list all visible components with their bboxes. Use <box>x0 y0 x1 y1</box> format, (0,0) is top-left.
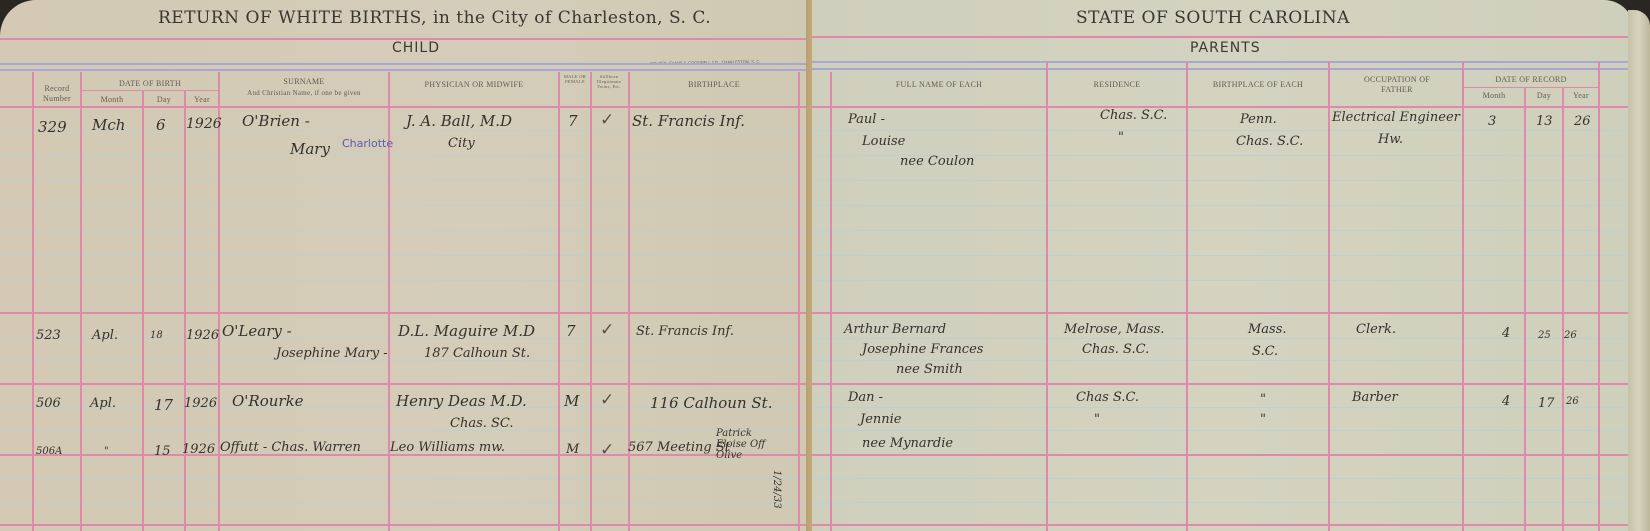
birth-year: 1926 <box>182 442 215 457</box>
birth-day: 15 <box>154 444 171 459</box>
sex: M <box>566 442 579 457</box>
rule <box>0 63 812 65</box>
birth-month: Apl. <box>92 328 118 343</box>
physician-line2: Chas. SC. <box>450 416 514 431</box>
record-number: 506A <box>36 446 62 457</box>
col-date-of-birth: DATE OF BIRTH <box>82 79 218 89</box>
record-day: 13 <box>1536 114 1553 129</box>
residence-father: Chas. S.C. <box>1100 108 1167 123</box>
residence-mother: " <box>1094 412 1100 427</box>
surname: O'Brien - <box>242 112 310 130</box>
rule <box>0 38 812 40</box>
col-birthplace-each: BIRTHPLACE OF EACH <box>1188 80 1328 90</box>
birth-day: 17 <box>154 396 173 414</box>
rule <box>0 383 812 385</box>
record-year: 26 <box>1564 330 1577 341</box>
col-occupation: OCCUPATION OF FATHER <box>1352 75 1442 95</box>
col-date-of-record: DATE OF RECORD <box>1464 75 1598 85</box>
occupation: Clerk. <box>1356 322 1396 337</box>
rule <box>0 312 812 314</box>
birthplace-father: " <box>1260 392 1266 407</box>
record-day: 25 <box>1538 330 1551 341</box>
birthplace-father: Mass. <box>1248 322 1287 337</box>
col-full-name: FULL NAME OF EACH <box>832 80 1046 90</box>
birth-year: 1926 <box>186 116 222 132</box>
rule <box>0 69 812 71</box>
physician: Leo Williams mw. <box>390 440 505 455</box>
occupation: Electrical Engineer <box>1332 110 1460 125</box>
birthplace-mother: Chas. S.C. <box>1236 134 1303 149</box>
col-record-month: Month <box>1464 91 1524 101</box>
record-year: 26 <box>1574 114 1591 129</box>
record-number: 523 <box>36 328 61 343</box>
physician: D.L. Maguire M.D <box>398 322 535 340</box>
col-sex: MALE OR FEMALE <box>561 74 589 84</box>
given-name: Josephine Mary - <box>276 346 388 361</box>
birthplace-mother: " <box>1260 412 1266 427</box>
birth-day: 18 <box>150 330 163 341</box>
col-month: Month <box>82 95 142 105</box>
col-residence: RESIDENCE <box>1048 80 1186 90</box>
birthplace: St. Francis Inf. <box>632 112 745 130</box>
physician-line2: 187 Calhoun St. <box>424 346 530 361</box>
surname: O'Leary - <box>222 322 292 340</box>
residence-father: Melrose, Mass. <box>1064 322 1164 337</box>
left-page: RETURN OF WHITE BIRTHS, in the City of C… <box>0 0 812 531</box>
physician: J. A. Ball, M.D <box>406 112 512 130</box>
record-month: 3 <box>1488 114 1496 129</box>
residence-mother: Chas. S.C. <box>1082 342 1149 357</box>
mother-maiden: nee Mynardie <box>862 436 953 451</box>
page-edges <box>1628 10 1650 531</box>
mother-name: Louise <box>862 134 905 149</box>
birth-month: " <box>104 446 109 457</box>
check-mark: ✓ <box>600 320 614 340</box>
occupation: Barber <box>1352 390 1398 405</box>
father-name: Paul - <box>848 112 885 127</box>
mother-name: Josephine Frances <box>862 342 983 357</box>
given-name: Mary <box>290 140 330 158</box>
section-child: CHILD <box>392 40 440 56</box>
check-mark: ✓ <box>600 110 614 130</box>
birthplace-father: Penn. <box>1240 112 1277 127</box>
col-record-year: Year <box>1564 91 1598 101</box>
col-day: Day <box>144 95 184 105</box>
record-month: 4 <box>1502 394 1510 409</box>
section-parents: PARENTS <box>1190 40 1261 56</box>
check-mark: ✓ <box>600 440 614 460</box>
sex: 7 <box>568 112 578 130</box>
physician-line2: City <box>448 136 475 151</box>
mother-name: Jennie <box>860 412 902 427</box>
rule <box>0 524 812 526</box>
rule <box>0 106 812 108</box>
birthplace: 567 Meeting St <box>628 440 730 455</box>
birth-day: 6 <box>156 116 166 134</box>
right-page: STATE OF SOUTH CAROLINA PARENTS FULL NA <box>812 0 1634 531</box>
col-surname-sub: And Christian Name, if one be given <box>220 88 388 98</box>
mother-maiden: nee Coulon <box>900 154 974 169</box>
ledger-spread: RETURN OF WHITE BIRTHS, in the City of C… <box>0 0 1650 531</box>
annotation-date: 1/24/33 <box>771 470 782 509</box>
record-year: 26 <box>1566 396 1579 407</box>
birth-year: 1926 <box>186 328 219 343</box>
record-number: 506 <box>36 396 61 411</box>
col-physician: PHYSICIAN OR MIDWIFE <box>390 80 558 90</box>
record-day: 17 <box>1538 396 1555 411</box>
col-birthplace: BIRTHPLACE <box>630 80 798 90</box>
sex: 7 <box>566 322 576 340</box>
col-record-number: Record Number <box>34 84 80 104</box>
physician: Henry Deas M.D. <box>396 392 527 410</box>
birth-month: Mch <box>92 116 125 134</box>
birth-year: 1926 <box>184 396 217 411</box>
col-record-day: Day <box>1526 91 1562 101</box>
occupation-line2: Hw. <box>1378 132 1403 147</box>
page-title-right: STATE OF SOUTH CAROLINA <box>1076 8 1350 28</box>
col-surname: SURNAME <box>220 77 388 87</box>
annotation: Patrick Eloise Off Olive <box>716 428 776 461</box>
father-name: Dan - <box>848 390 883 405</box>
birth-month: Apl. <box>90 396 116 411</box>
father-name: Arthur Bernard <box>844 322 946 337</box>
sex: M <box>564 392 579 410</box>
check-mark: ✓ <box>600 390 614 410</box>
surname: Offutt - Chas. Warren <box>220 440 361 455</box>
col-year: Year <box>186 95 218 105</box>
birthplace: 116 Calhoun St. <box>650 394 772 412</box>
page-title-left: RETURN OF WHITE BIRTHS, in the City of C… <box>158 8 711 28</box>
given-name-added: Charlotte <box>342 137 393 150</box>
mother-maiden: nee Smith <box>896 362 963 377</box>
residence-mother: " <box>1118 130 1124 145</box>
col-stillborn: Stillborn Illegitimate Twins, Etc. <box>592 74 626 89</box>
surname: O'Rourke <box>232 392 304 410</box>
record-number: 329 <box>38 118 67 136</box>
birthplace-mother: S.C. <box>1252 344 1278 359</box>
residence-father: Chas S.C. <box>1076 390 1139 405</box>
record-month: 4 <box>1502 326 1510 341</box>
birthplace: St. Francis Inf. <box>636 324 734 339</box>
